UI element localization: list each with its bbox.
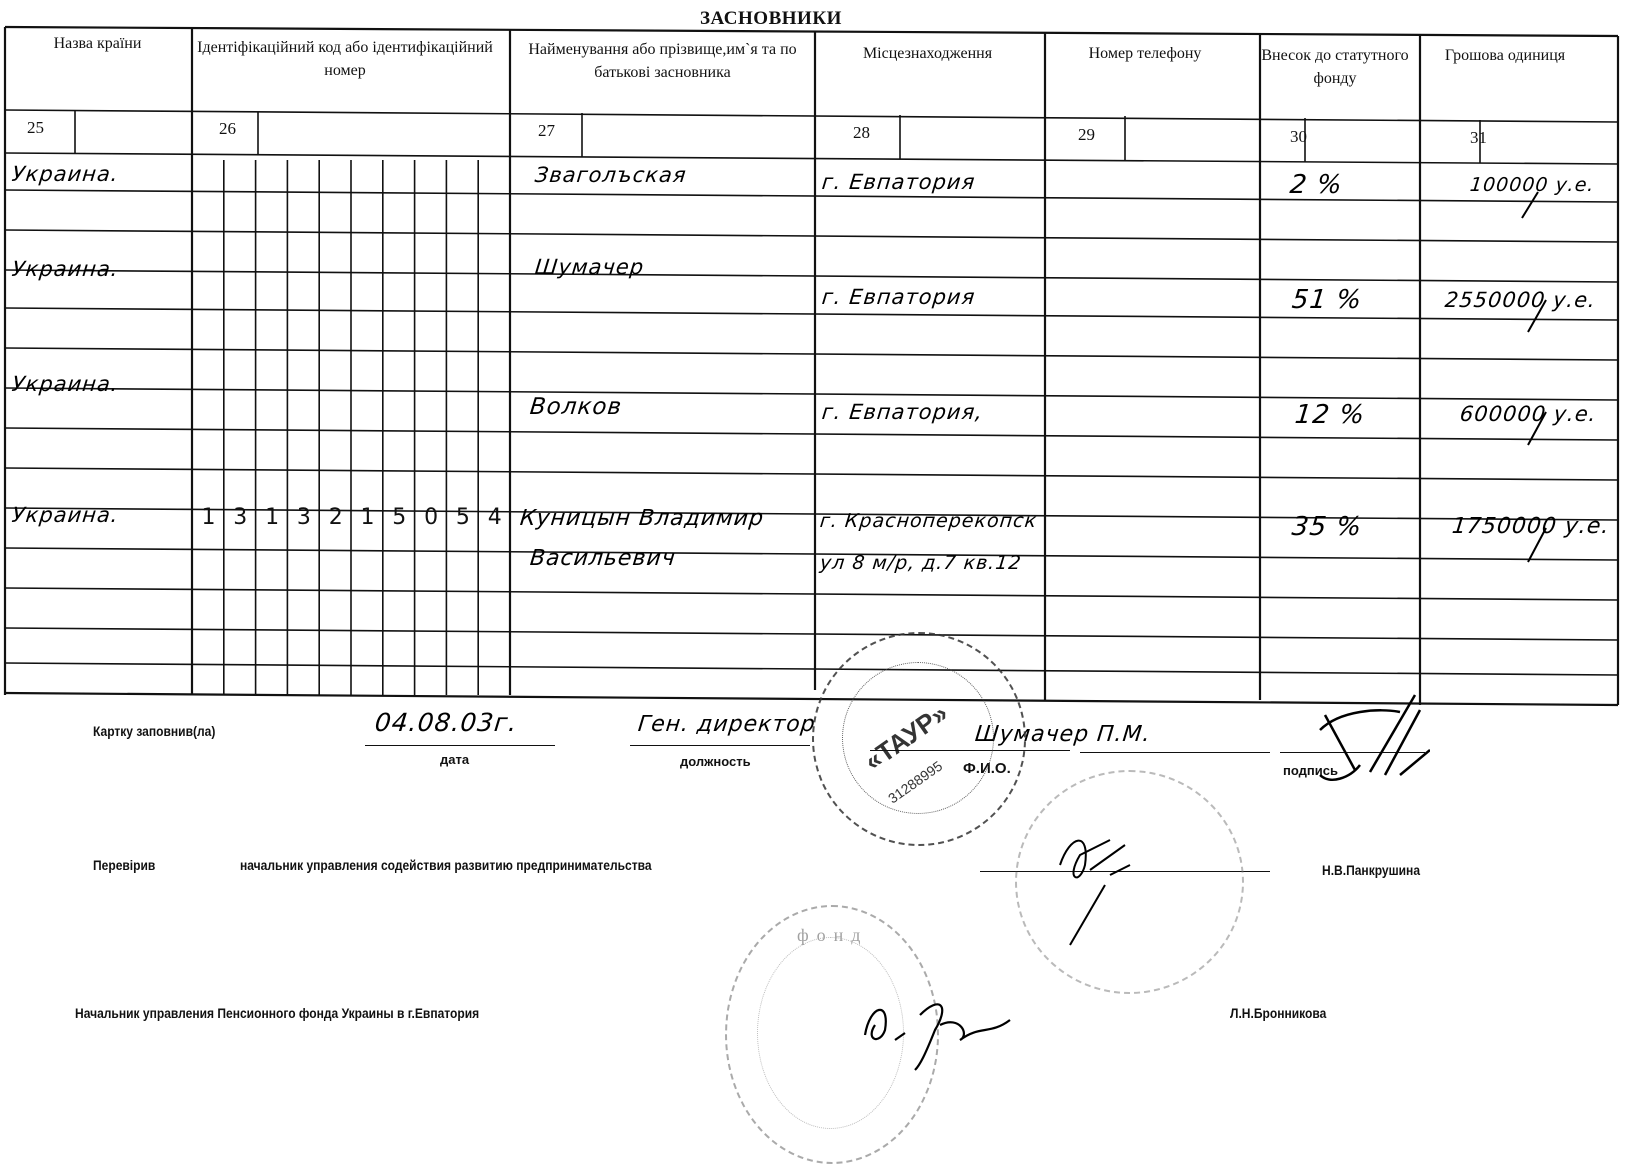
header-country: Назва країни: [5, 32, 190, 55]
grid-line: [5, 388, 1618, 400]
grid-line: [5, 308, 1618, 320]
checked-by-position: начальник управления содействия развитию…: [240, 857, 652, 873]
grid-line: [5, 548, 1618, 560]
director-signature: [1300, 690, 1430, 800]
header-currency: Грошова одиниця: [1420, 44, 1590, 67]
header-location: Місцезнаходження: [815, 42, 1040, 65]
grid-line: [5, 468, 1618, 480]
col-number-26: 26: [219, 119, 236, 139]
id-digit: 1: [193, 505, 224, 530]
founders-table-grid: [0, 0, 1633, 720]
filled-by-date: 04.08.03г.: [373, 708, 518, 737]
row2-name: Шумачер: [534, 255, 646, 279]
id-digit: 5: [447, 505, 478, 530]
id-digit: 2: [320, 505, 351, 530]
col-number-31: 31: [1470, 128, 1487, 148]
id-digit: 3: [288, 505, 319, 530]
col-number-25: 25: [27, 118, 44, 138]
grid-line: [5, 110, 1618, 122]
row2-location: г. Евпатория: [821, 285, 977, 309]
stamp-fund-text: фонд: [797, 925, 868, 946]
grid-line: [5, 588, 1618, 600]
id-digit: 0: [416, 505, 447, 530]
grid-line: [5, 270, 1618, 282]
date-underline: [365, 745, 555, 746]
fio-underline-2: [1080, 752, 1270, 753]
row4-name: Куницын Владимир: [519, 506, 766, 531]
grid-line: [5, 628, 1618, 640]
grid-line: [5, 153, 1618, 164]
grid-line: [5, 230, 1618, 242]
id-digit: 1: [257, 505, 288, 530]
row3-location: г. Евпатория,: [821, 400, 985, 424]
date-caption: дата: [440, 752, 469, 767]
position-underline: [630, 745, 810, 746]
row1-country: Украина.: [11, 162, 120, 186]
header-share: Внесок до статутного фонду: [1260, 44, 1410, 90]
col-number-27: 27: [538, 121, 555, 141]
checked-by-label: Перевірив: [93, 857, 155, 873]
id-digit: 4: [479, 505, 510, 530]
grid-line: [5, 428, 1618, 440]
row1-name: Зваголъская: [534, 163, 688, 187]
row4-location-line2: ул 8 м/р, д.7 кв.12: [819, 552, 1023, 574]
company-stamp: «ТАУР» 31288995: [812, 632, 1026, 846]
head-name: Л.Н.Бронникова: [1230, 1005, 1326, 1021]
id-digit: 5: [384, 505, 415, 530]
header-phone: Номер телефону: [1045, 42, 1245, 65]
row4-name-line2: Васильевич: [529, 546, 677, 571]
grid-line: [5, 663, 1618, 675]
header-name: Найменування або прізвище,им`я та по бат…: [510, 38, 815, 84]
row4-country: Украина.: [11, 503, 120, 527]
position-caption: должность: [680, 754, 751, 769]
head-signature: [860, 985, 1030, 1075]
header-id-code: Ідентіфікаційний код або ідентифікаційни…: [195, 36, 495, 82]
row2-country: Украина.: [11, 257, 120, 281]
checked-by-name: Н.В.Панкрушина: [1322, 862, 1420, 878]
row1-share: 2 %: [1288, 170, 1344, 200]
row3-share: 12 %: [1293, 400, 1366, 430]
checker-signature: [1050, 825, 1170, 955]
head-position: Начальник управления Пенсионного фонда У…: [75, 1005, 479, 1021]
grid-line: [5, 27, 1618, 36]
grid-line: [5, 348, 1618, 360]
row1-location: г. Евпатория: [821, 170, 977, 194]
row2-share: 51 %: [1290, 285, 1363, 315]
row4-location: г. Красноперекопск: [819, 510, 1038, 532]
id-digit: 3: [225, 505, 256, 530]
row4-share: 35 %: [1290, 512, 1363, 542]
col-number-28: 28: [853, 123, 870, 143]
col-number-29: 29: [1078, 125, 1095, 145]
currency-strokes: [1480, 180, 1600, 580]
filled-by-label: Картку заповнив(ла): [93, 723, 215, 739]
filled-by-position: Ген. директор: [637, 712, 817, 737]
row3-name: Волков: [529, 394, 624, 420]
row3-country: Украина.: [11, 372, 120, 396]
id-digit: 1: [352, 505, 383, 530]
grid-line: [5, 190, 1618, 202]
col-number-30: 30: [1290, 127, 1307, 147]
